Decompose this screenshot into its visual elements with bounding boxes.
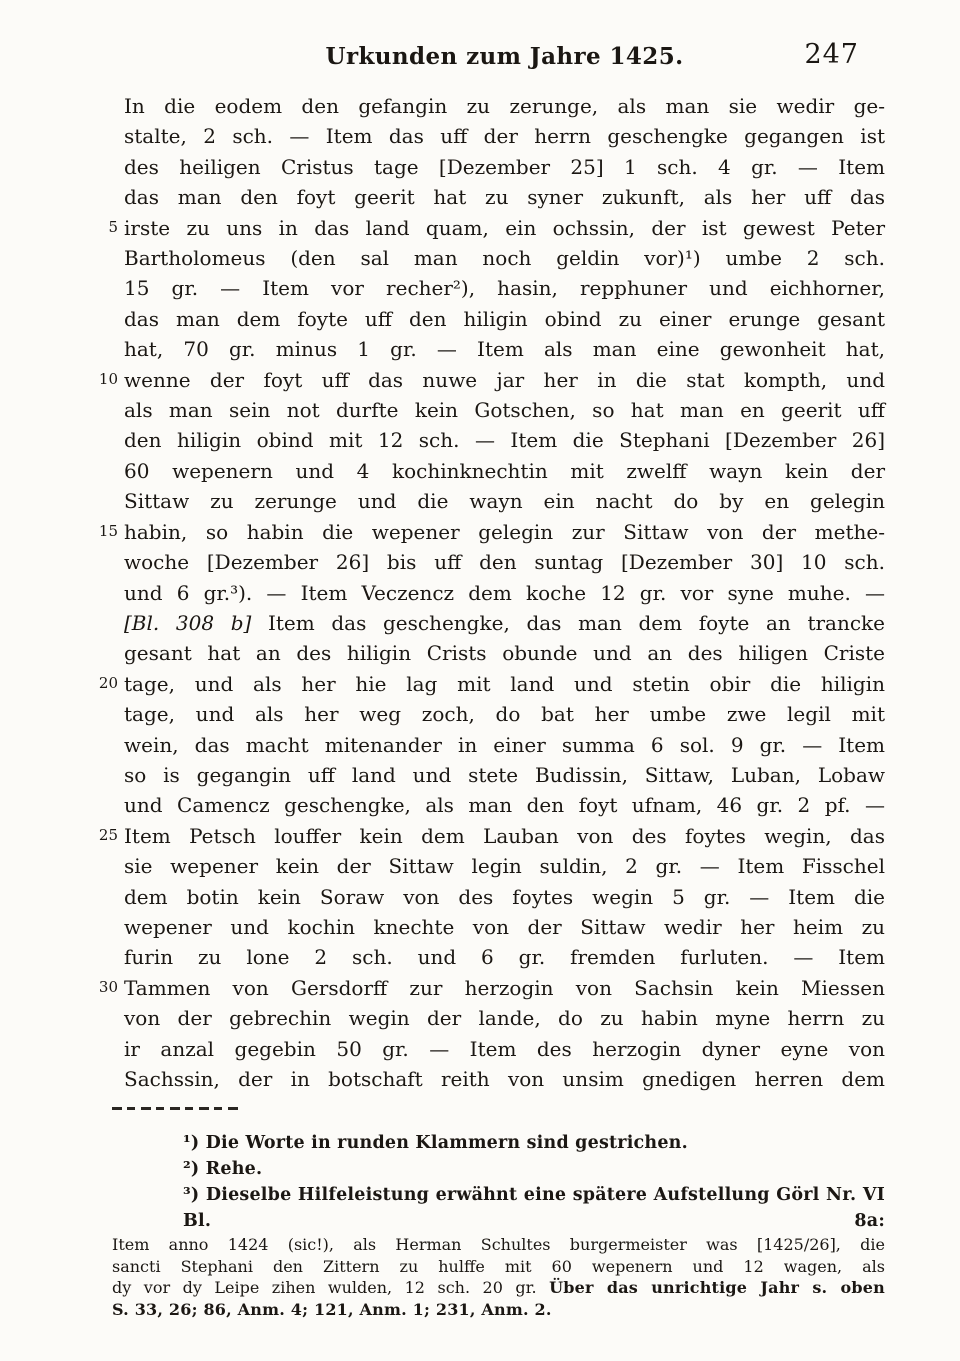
footnote-line: Item anno 1424 (sic!), als Herman Schult… [112,1234,885,1256]
body-text-line: so is gegangin uff land und stete Budiss… [124,760,885,790]
book-page: Urkunden zum Jahre 1425. 247 In die eode… [0,0,960,1361]
body-text-line: als man sein not durfte kein Gotschen, s… [124,395,885,425]
running-header-title: Urkunden zum Jahre 1425. [124,42,885,72]
body-text-line: 10wenne der foyt uff das nuwe jar her in… [124,365,885,395]
text-segment: 15 gr. — Item vor recher²), hasin, repph… [124,276,885,300]
page-number: 247 [804,38,859,72]
footnote-line: S. 33, 26; 86, Anm. 4; 121, Anm. 1; 231,… [112,1299,885,1321]
text-segment: den hiligin obind mit 12 sch. — Item die… [124,428,885,452]
margin-line-number: 10 [96,372,118,387]
text-segment: woche [Dezember 26] bis uff den suntag [… [124,550,885,574]
text-segment: das man den foyt geerit hat zu syner zuk… [124,185,885,209]
text-segment: des heiligen Cristus tage [Dezember 25] … [124,155,885,179]
text-segment: gesant hat an des hiligin Crists obunde … [124,641,885,665]
body-text-line: den hiligin obind mit 12 sch. — Item die… [124,425,885,455]
text-segment: als man sein not durfte kein Gotschen, s… [124,398,885,422]
text-segment: wenne der foyt uff das nuwe jar her in d… [124,368,885,392]
body-text-line: Bartholomeus (den sal man noch geldin vo… [124,243,885,273]
footnotes: ¹) Die Worte in runden Klammern sind ges… [112,1130,885,1320]
body-text-line: von der gebrechin wegin der lande, do zu… [124,1003,885,1033]
text-segment: irste zu uns in das land quam, ein ochss… [124,216,885,240]
footnote-line: ²) Rehe. [112,1156,885,1182]
body-text-line: wein, das macht mitenander in einer summ… [124,730,885,760]
text-segment: sancti Stephani den Zittern zu hulffe mi… [112,1257,885,1276]
text-segment: sie wepener kein der Sittaw legin suldin… [124,854,885,878]
text-segment: Über das unrichtige Jahr s. oben [549,1278,885,1297]
text-segment: ir anzal gegebin 50 gr. — Item des herzo… [124,1037,885,1061]
page-header: Urkunden zum Jahre 1425. 247 [124,40,885,78]
text-segment: Tammen von Gersdorff zur herzogin von Sa… [124,976,885,1000]
body-text-line: 5irste zu uns in das land quam, ein ochs… [124,213,885,243]
text-segment: ³) Dieselbe Hilfeleistung erwähnt eine s… [183,1185,885,1231]
body-text: In die eodem den gefangin zu zerunge, al… [124,91,885,1094]
text-segment: dy vor dy Leipe zihen wulden, 12 sch. 20… [112,1278,549,1297]
body-text-line: dem botin kein Soraw von des foytes wegi… [124,882,885,912]
text-segment: hat, 70 gr. minus 1 gr. — Item als man e… [124,337,885,361]
text-segment: Bartholomeus (den sal man noch geldin vo… [124,246,885,270]
text-segment: tage, und als her hie lag mit land und s… [124,672,885,696]
margin-line-number: 5 [96,220,118,235]
text-segment: tage, und als her weg zoch, do bat her u… [124,702,885,726]
text-segment: dem botin kein Soraw von des foytes wegi… [124,885,885,909]
text-segment: von der gebrechin wegin der lande, do zu… [124,1006,885,1030]
text-segment: Item das geschengke, das man dem foyte a… [251,611,885,635]
text-segment: ¹) Die Worte in runden Klammern sind ges… [183,1133,688,1153]
body-text-line: des heiligen Cristus tage [Dezember 25] … [124,152,885,182]
body-text-line: 15habin, so habin die wepener gelegin zu… [124,517,885,547]
margin-line-number: 30 [96,980,118,995]
text-segment: wein, das macht mitenander in einer summ… [124,733,885,757]
body-text-line: das man den foyt geerit hat zu syner zuk… [124,182,885,212]
text-segment: [Bl. 308 b] [124,611,251,635]
footnote-separator [112,1107,240,1110]
body-text-line: tage, und als her weg zoch, do bat her u… [124,699,885,729]
text-segment: In die eodem den gefangin zu zerunge, al… [124,94,885,118]
text-segment: Sachssin, der in botschaft reith von uns… [124,1067,885,1091]
margin-line-number: 15 [96,524,118,539]
body-text-line: 60 wepenern und 4 kochinknechtin mit zwe… [124,456,885,486]
body-text-line: 20tage, und als her hie lag mit land und… [124,669,885,699]
text-segment: Item anno 1424 (sic!), als Herman Schult… [112,1235,885,1254]
footnote-line: sancti Stephani den Zittern zu hulffe mi… [112,1256,885,1278]
body-text-line: 30Tammen von Gersdorff zur herzogin von … [124,973,885,1003]
body-text-line: wepener und kochin knechte von der Sitta… [124,912,885,942]
text-segment: so is gegangin uff land und stete Budiss… [124,763,885,787]
text-segment: ²) Rehe. [183,1159,262,1179]
margin-line-number: 20 [96,676,118,691]
footnote-line: ¹) Die Worte in runden Klammern sind ges… [112,1130,885,1156]
body-text-line: sie wepener kein der Sittaw legin suldin… [124,851,885,881]
text-segment: Item Petsch louffer kein dem Lauban von … [124,824,885,848]
body-text-line: ir anzal gegebin 50 gr. — Item des herzo… [124,1034,885,1064]
body-text-line: Sachssin, der in botschaft reith von uns… [124,1064,885,1094]
text-segment: Sittaw zu zerunge und die wayn ein nacht… [124,489,885,513]
text-segment: 60 wepenern und 4 kochinknechtin mit zwe… [124,459,885,483]
text-segment: furin zu lone 2 sch. und 6 gr. fremden f… [124,945,885,969]
footnote-line: dy vor dy Leipe zihen wulden, 12 sch. 20… [112,1277,885,1299]
footnote-line: ³) Dieselbe Hilfeleistung erwähnt eine s… [112,1182,885,1234]
body-text-line: hat, 70 gr. minus 1 gr. — Item als man e… [124,334,885,364]
text-segment: stalte, 2 sch. — Item das uff der herrn … [124,124,885,148]
body-text-line: stalte, 2 sch. — Item das uff der herrn … [124,121,885,151]
text-segment: S. 33, 26; 86, Anm. 4; 121, Anm. 1; 231,… [112,1300,552,1319]
margin-line-number: 25 [96,828,118,843]
text-segment: habin, so habin die wepener gelegin zur … [124,520,885,544]
body-text-line: woche [Dezember 26] bis uff den suntag [… [124,547,885,577]
text-segment: und 6 gr.³). — Item Veczencz dem koche 1… [124,581,885,605]
text-segment: wepener und kochin knechte von der Sitta… [124,915,885,939]
text-segment: und Camencz geschengke, als man den foyt… [124,793,885,817]
body-text-line: und 6 gr.³). — Item Veczencz dem koche 1… [124,578,885,608]
body-text-line: das man dem foyte uff den hiligin obind … [124,304,885,334]
text-segment: das man dem foyte uff den hiligin obind … [124,307,885,331]
body-text-line: 25Item Petsch louffer kein dem Lauban vo… [124,821,885,851]
body-text-line: 15 gr. — Item vor recher²), hasin, repph… [124,273,885,303]
body-text-line: Sittaw zu zerunge und die wayn ein nacht… [124,486,885,516]
body-text-line: und Camencz geschengke, als man den foyt… [124,790,885,820]
body-text-line: gesant hat an des hiligin Crists obunde … [124,638,885,668]
body-text-line: [Bl. 308 b] Item das geschengke, das man… [124,608,885,638]
body-text-line: In die eodem den gefangin zu zerunge, al… [124,91,885,121]
body-text-line: furin zu lone 2 sch. und 6 gr. fremden f… [124,942,885,972]
